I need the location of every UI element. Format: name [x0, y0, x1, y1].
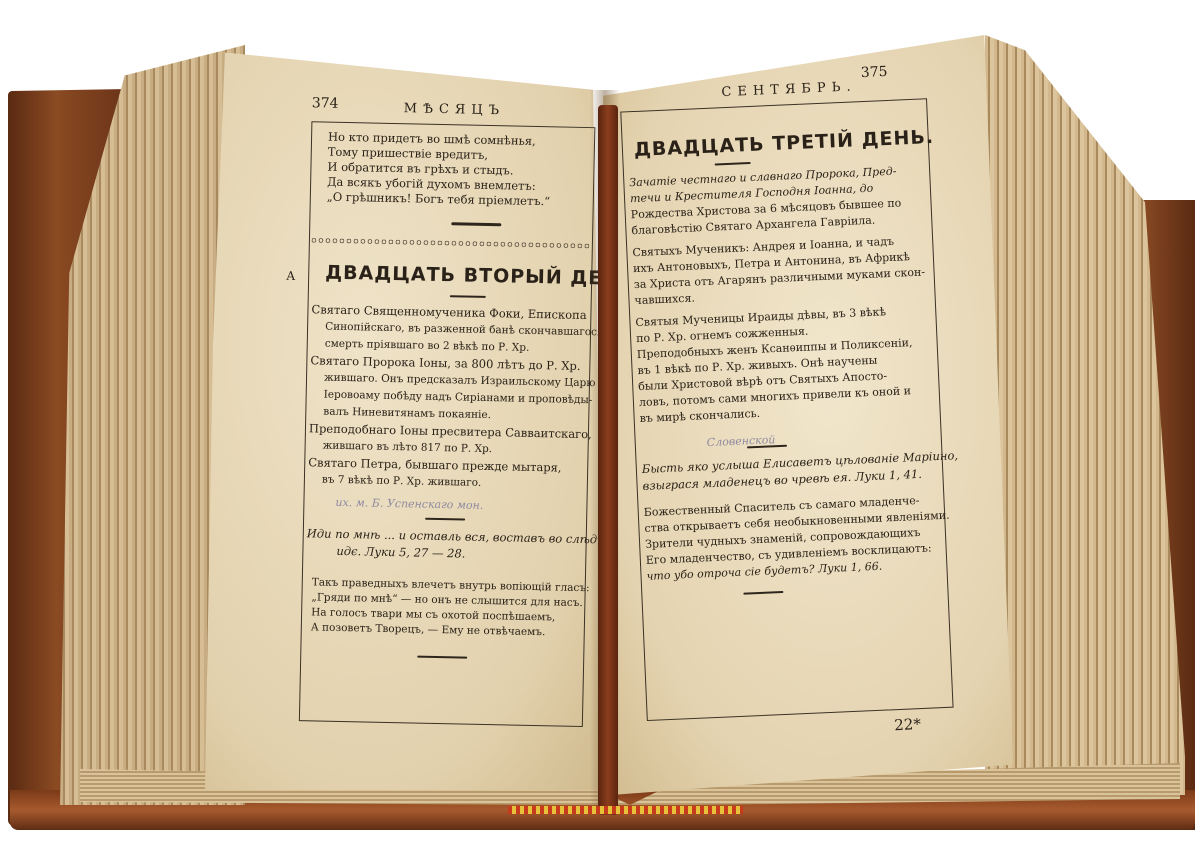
printer-signature: 22*: [894, 715, 921, 734]
side-letter: А: [286, 269, 295, 283]
poem-top: Но кто придетъ во шмѣ сомнѣнья, Тому при…: [327, 130, 552, 210]
poem-bottom: Такъ праведныхъ влечетъ внутрь вопіющій …: [311, 575, 590, 641]
saints-entries: Святыхъ Мученикъ: Андрея и Іоанна, и чад…: [632, 232, 931, 427]
scripture-quote: Иди по мнѣ ... и оставль вся, воставъ во…: [306, 525, 629, 566]
ribbon-bookmark[interactable]: [598, 105, 618, 815]
running-head: МѢСЯЦЪ: [404, 101, 506, 118]
commentary: Божественный Спаситель съ самаго младенч…: [643, 492, 952, 585]
running-head: СЕНТЯБРЬ.: [721, 79, 857, 100]
left-page-content: 374 МѢСЯЦЪ Но кто придетъ во шмѣ сомнѣнь…: [189, 45, 605, 798]
right-page-content: 375 СЕНТЯБРЬ. ДВАДЦАТЬ ТРЕТІЙ ДЕНЬ. Зача…: [610, 43, 1041, 780]
page-number: 375: [860, 64, 887, 81]
page-number: 374: [312, 95, 339, 112]
feast-intro: Зачатіе честнаго и славнаго Пророка, Пре…: [629, 163, 902, 239]
headband: [508, 806, 743, 814]
